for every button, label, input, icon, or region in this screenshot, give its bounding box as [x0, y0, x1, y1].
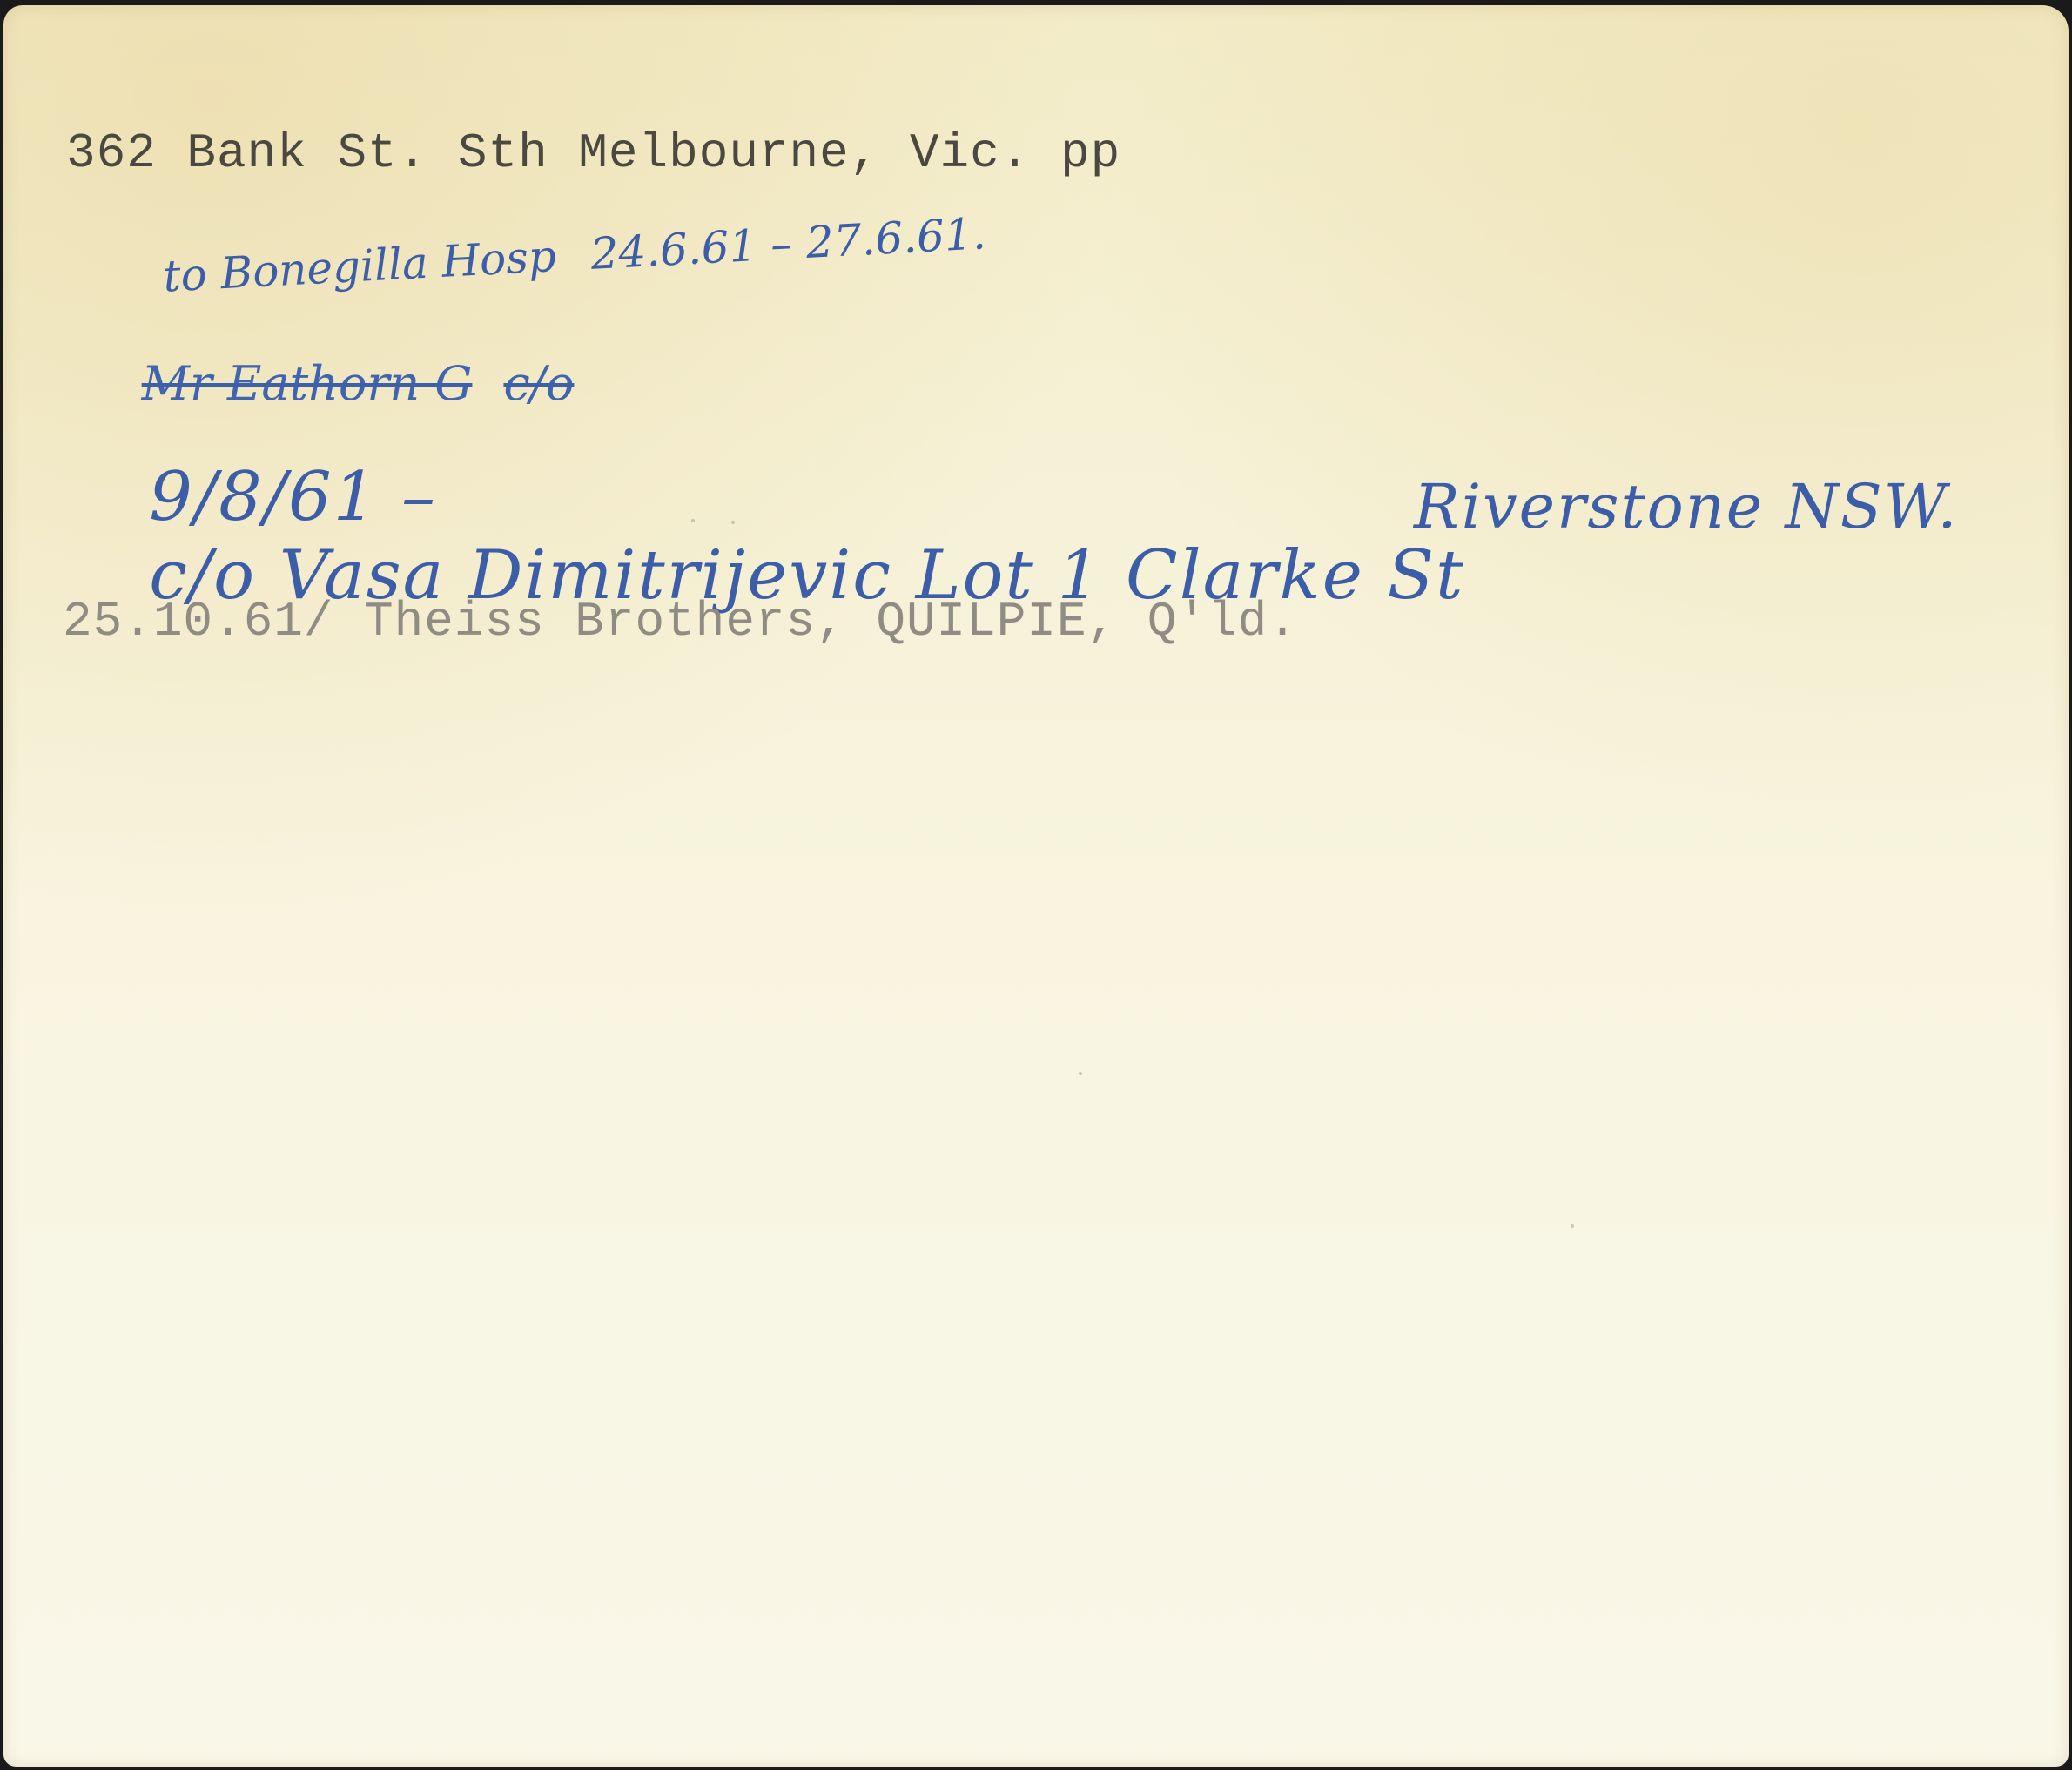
handwritten-entry-line2: Riverstone NSW.: [1414, 471, 1959, 542]
handwritten-entry-date: 9/8/61 –: [149, 458, 437, 536]
transfer-text: to Bonegilla Hosp: [162, 231, 557, 302]
paper-speck: [731, 521, 735, 524]
transfer-dates: 24.6.61 – 27.6.61.: [589, 208, 987, 279]
paper-speck: [1571, 1224, 1574, 1228]
paper-speck: [691, 519, 695, 522]
paper-speck: [1079, 1072, 1082, 1075]
typed-entry: 25.10.61/ Theiss Brothers, QUILPIE, Q'ld…: [63, 594, 1298, 649]
index-card: 362 Bank St. Sth Melbourne, Vic. pp to B…: [3, 5, 2069, 1767]
